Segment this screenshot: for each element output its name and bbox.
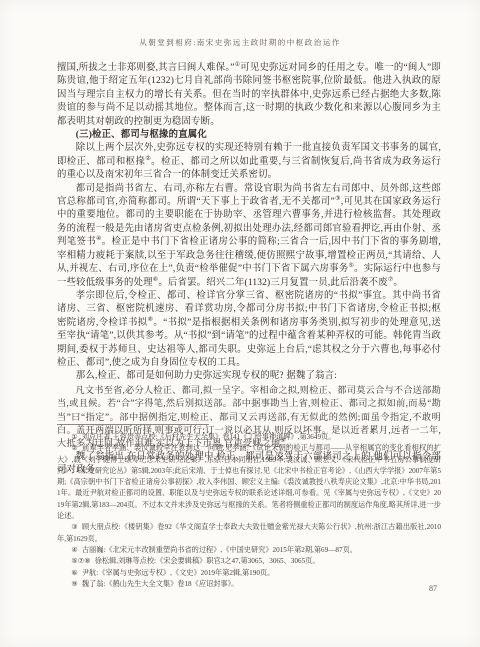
book-page: 从朝堂到相府:南宋史弥远主政时期的中枢政治运作 擅国,所拔之士非郑则婺,其言曰闽… (0, 0, 480, 647)
footnote-marker: ⑥ (71, 569, 77, 577)
footnote-reference: ⑦ (388, 276, 394, 282)
footnote-item: ③顾大朋点校:《楼钥集》卷92《华文阁直学士奉政大夫致仕赠金紫光禄大夫陈公行状》… (57, 522, 441, 545)
footnote-item: ⑨魏了翁:《鹤山先生大全文集》卷18《应诏封事》。 (57, 579, 441, 590)
footnote-marker: ⑤⑦⑧ (71, 557, 90, 565)
page-number: 87 (429, 584, 437, 593)
footnote-reference: ③ (335, 196, 341, 202)
footnote-item: ⑥尹航:《宰属与史弥远专权》,《文史》2019年第2辑,第190页。 (57, 568, 441, 579)
footnote-text: 刘克庄著,王蓉贵等点校:《后村先生大全集》卷141《丁给事神道碑》,第3649页… (82, 433, 336, 441)
footnote-text: 顾大朋点校:《楼钥集》卷92《华文阁直学士奉政大夫致仕赠金紫光禄大夫陈公行状》,… (57, 523, 441, 542)
footnote-item: ①刘克庄著,王蓉贵等点校:《后村先生大全集》卷141《丁给事神道碑》,第3649… (57, 432, 441, 443)
footnote-reference: ② (145, 156, 151, 162)
body-paragraph: 除以上两个层次外,史弥远专权的实现还特别有赖于一批直接负责军国文书事务的属官,即… (57, 142, 441, 182)
footnote-divider (57, 424, 209, 425)
footnote-reference: ④ (96, 236, 102, 242)
body-text-block: 擅国,所拔之士非郑则婺,其言曰闽人难保。”①可见史弥远对同乡的任用之专。唯一的“… (57, 62, 441, 478)
footnote-reference: ⑤ (348, 263, 354, 269)
footnote-text: 魏了翁:《鹤山先生大全文集》卷18《应诏封事》。 (82, 580, 239, 588)
body-paragraph: 擅国,所拔之士非郑则婺,其言曰闽人难保。”①可见史弥远对同乡的任用之专。唯一的“… (57, 62, 441, 129)
section-heading: (三)检正、都司与枢掾的直属化 (57, 129, 441, 142)
footnote-marker: ② (71, 444, 78, 452)
footnotes-block: ①刘克庄著,王蓉贵等点校:《后村先生大全集》卷141《丁给事神道碑》,第3649… (57, 432, 441, 590)
footnote-text: 前辈学者李涵、裘汝诚较早注意到这一问题,见李涵:《试论宋朝的检正与都司——从宰相… (57, 444, 441, 520)
footnote-marker: ④ (71, 546, 77, 554)
body-paragraph: 孝宗即位后,令检正、都司、检详官分掌三省、枢密院诸房的“书拟”事宜。其中尚书省诸… (57, 290, 441, 370)
footnote-reference: ① (235, 62, 241, 68)
running-header: 从朝堂到相府:南宋史弥远主政时期的中枢政治运作 (0, 37, 480, 48)
footnote-item: ④古丽巍:《北宋元丰改制重塑尚书省的过程》,《中国史研究》2015年第2期,第6… (57, 545, 441, 556)
footnote-reference: ⑥ (153, 276, 159, 282)
footnote-marker: ① (71, 433, 77, 441)
footnote-text: 徐松辑,刘琳等点校:《宋会要辑稿》职官3之47,第3065、3065、3065页… (95, 557, 320, 565)
footnote-item: ②前辈学者李涵、裘汝诚较早注意到这一问题,见李涵:《试论宋朝的检正与都司——从宰… (57, 443, 441, 522)
footnote-marker: ⑨ (71, 580, 77, 588)
body-paragraph: 都司是指尚书省左、右司,亦称左右曹。常设官职为尚书省左右司郎中、员外郎,这些郎官… (57, 183, 441, 290)
footnote-reference: ⑧ (148, 317, 154, 323)
footnote-marker: ③ (71, 523, 78, 531)
footnote-text: 尹航:《宰属与史弥远专权》,《文史》2019年第2辑,第190页。 (82, 569, 274, 577)
body-paragraph: 那么,检正、都司是如何助力史弥远实现专权的呢? 据魏了翁言: (57, 370, 441, 383)
footnote-text: 古丽巍:《北宋元丰改制重塑尚书省的过程》,《中国史研究》2015年第2期,第69… (82, 546, 357, 554)
footnote-item: ⑤⑦⑧徐松辑,刘琳等点校:《宋会要辑稿》职官3之47,第3065、3065、30… (57, 556, 441, 567)
